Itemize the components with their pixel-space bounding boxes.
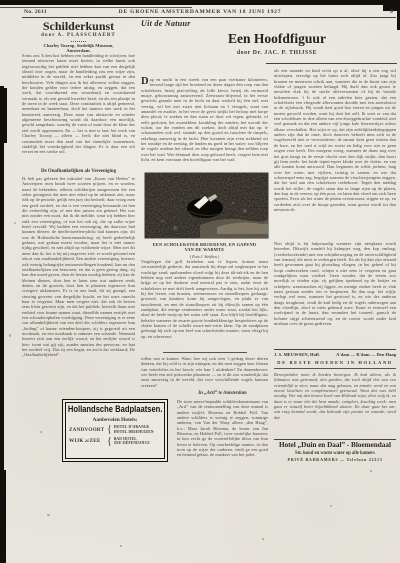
dropcap: D	[141, 77, 150, 87]
nature-title: Een Hoofdfiguur	[197, 31, 357, 47]
left-article-title: Schilderkunst	[22, 19, 135, 34]
ad-duinendaal-line3: PRIVÉ BADKAMERS — Telefoon 22213	[274, 457, 396, 462]
brace-glyph: {	[107, 437, 112, 446]
ad-meuwsen-slogan: DE BESTE HOEDEN IN HOLLAND	[274, 360, 396, 365]
hotel-list: BAD HOTEL ZEE-DÉPENDANCE	[114, 437, 150, 446]
ad-meuwsen-header: J. S. MEUWSEN, Hofl. A'dam — R'dam — Den…	[274, 352, 396, 357]
scan-speck	[9, 334, 11, 337]
scan-speck	[262, 538, 264, 540]
scan-edge-top	[0, 0, 400, 5]
scan-speck	[330, 505, 332, 507]
scan-edge-left-blob2	[0, 470, 6, 563]
nature-col3-paragraph-2: Niet altijd is hij hulpvaardig wanneer z…	[274, 241, 396, 345]
page-number: 9	[390, 8, 393, 15]
nature-rubric: Uit de Natuur	[141, 19, 191, 28]
ad-hotel-rule	[274, 439, 396, 440]
brace-glyph: {	[107, 425, 112, 434]
ad-rule-top	[274, 349, 396, 350]
scan-speck	[370, 470, 372, 472]
newspaper-page: No. 2611 DE GROENE AMSTERDAMMER VAN 18 J…	[0, 0, 400, 563]
nature-col2-paragraph-4: De twee meest-bepaalde schilderskunstena…	[177, 399, 268, 469]
ad-duinendaal-title: Hotel „Duin en Daal” - Bloemendaal	[274, 441, 396, 449]
ad-badplaatsen-subtitle: Aanbevolen Hotels:	[92, 417, 137, 423]
paragraph-text: ag en nacht in een streek van een paar v…	[141, 77, 268, 162]
ad-badplaatsen-title: Hollandsche Badplaatsen.	[68, 404, 163, 415]
scan-edge-right	[397, 0, 400, 30]
ad-meuwsen-body: Beroepshalve moet ik hoeden bezorgen. Ik…	[274, 372, 396, 436]
scan-line-top	[0, 7, 192, 8]
nature-byline: door Dr. JAC. P. THIJSSE	[197, 50, 357, 56]
ad-badplaatsen-row: WIJK a/ZEE { BAD HOTEL ZEE-DÉPENDANCE	[69, 437, 161, 446]
left-article-paragraph-1: Soms zou 'k den lust hebben een handleid…	[22, 53, 135, 166]
scan-speck	[120, 545, 122, 547]
left-article-byline: door A. PLASSCHAERT	[22, 33, 135, 38]
nature-col2-paragraph-3: rollen van te komen. Want, hoe wij ook o…	[141, 356, 268, 389]
resort-name: ZANDVOORT	[69, 427, 105, 433]
nature-byline-rule	[266, 63, 397, 64]
scan-edge-left-blob1	[0, 88, 7, 143]
ad-meuwsen-name: J. S. MEUWSEN, Hofl.	[274, 352, 320, 357]
scan-speck	[14, 222, 16, 224]
masthead-rule	[22, 17, 396, 18]
oystercatcher-photo	[145, 173, 268, 238]
masthead-title: DE GROENE AMSTERDAMMER VAN 18 JUNI 1927	[0, 9, 400, 15]
ad-badplaatsen-row: ZANDVOORT { HOTEL D'ORANGE HOTEL DRIEHUI…	[69, 425, 161, 434]
left-article-paragraph-2: Ik heb pas gelezen het initiatief van „K…	[22, 176, 135, 392]
nature-col2-paragraph-2: Vergelegen die golf kriebelen aan te lie…	[141, 259, 268, 347]
nature-col3-paragraph-1: als een maande en kind recht op u af, al…	[274, 68, 396, 240]
photo-credit: ( Foto J. Strijbos )	[141, 254, 268, 259]
ad-hollandsche-badplaatsen: Hollandsche Badplaatsen. Aanbevolen Hote…	[62, 399, 168, 462]
hotel-name: ZEE-DÉPENDANCE	[114, 441, 150, 446]
resort-name: WIJK a/ZEE	[69, 438, 105, 444]
scan-speck	[47, 514, 50, 516]
ad-duinendaal-line2: Str. koud en warm water op alle kamers	[274, 451, 396, 456]
arti-subhead: In „Arti” te Amsterdam	[177, 391, 268, 396]
section-rule	[163, 352, 247, 353]
left-article-subhead: De Onafhankelijken als Vereeniging	[22, 169, 135, 174]
scan-speck	[40, 431, 42, 433]
ad-meuwsen-rule	[274, 368, 396, 369]
ad-meuwsen-cities: A'dam — R'dam — Den Haag	[336, 352, 396, 357]
ornament-rule	[71, 41, 86, 42]
photo-caption: EEN SCHOLEKSTER BROEDEND, EN GAPEND VAN …	[149, 242, 260, 252]
hotel-list: HOTEL D'ORANGE HOTEL DRIEHUIZEN	[114, 425, 154, 434]
hotel-name: HOTEL DRIEHUIZEN	[114, 430, 154, 435]
nature-col2-paragraph-1: Dag en nacht in een streek van een paar …	[141, 77, 268, 171]
hotel-name: HOTEL D'ORANGE	[114, 425, 154, 430]
